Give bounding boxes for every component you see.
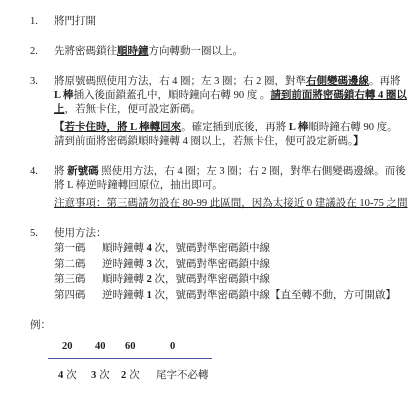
item-2-number: 2. — [30, 45, 54, 59]
emphasized-text-run: 右側變碼邊線 — [306, 76, 369, 87]
usage-label: 第三碼 — [54, 272, 88, 288]
dial-number: 60 — [111, 340, 156, 354]
usage-label: 第一碼 — [54, 241, 88, 257]
item-2-body: 先將密碼鎖往順時鐘方向轉動一圈以上。 — [54, 45, 408, 59]
item-5-number: 5. — [30, 227, 54, 303]
text-run: 。確定插到底後，再將 — [181, 122, 289, 133]
bold-text-run: L 棒 — [289, 122, 309, 133]
text-run: 將原號碼照使用方法，右 4 圈；左 3 圈；右 2 圈，對準 — [54, 76, 306, 87]
item-4-warning-note: 注意事項：第三碼請勿設在 80-99 此區間，因為太接近 0 建議設在 10-7… — [54, 197, 408, 211]
item-1-number: 1. — [30, 15, 54, 29]
instruction-document: 1. 將門打開 2. 先將密碼鎖往順時鐘方向轉動一圈以上。 3. 將原號碼照使用… — [0, 0, 416, 383]
text-run: ，若無卡住，便可設定新碼。 — [65, 104, 202, 115]
item-2-paragraph: 先將密碼鎖往順時鐘方向轉動一圈以上。 — [54, 45, 408, 59]
usage-label: 第二碼 — [54, 257, 88, 273]
usage-row-4: 第四碼 逆時鐘轉 1 次，號碼對準密碼鎖中線【直至轉不動，方可開啟】 — [54, 288, 408, 304]
text-run: 先將密碼鎖往 — [54, 46, 117, 57]
usage-text: 逆時鐘轉 3 次，號碼對準密碼鎖中線 — [102, 257, 270, 273]
text-run: 逆時鐘轉 — [102, 259, 147, 270]
turn-unit: 次 — [66, 370, 77, 381]
turn-unit: 次 — [129, 370, 140, 381]
turn-count-cell: 3次 — [81, 369, 111, 383]
emphasized-text-run: 若卡住時，將 L 棒轉回來 — [65, 122, 182, 133]
dial-numbers-row: 20 40 60 0 — [48, 340, 212, 359]
dial-number: 40 — [81, 340, 111, 354]
dial-number: 0 — [156, 340, 212, 354]
text-run: 將 — [54, 166, 67, 177]
list-item-1: 1. 將門打開 — [30, 15, 408, 29]
item-3-number: 3. — [30, 75, 54, 149]
usage-row-3: 第三碼 順時鐘轉 2 次，號碼對準密碼鎖中線 — [54, 272, 408, 288]
tail-note: 尾字不必轉 — [156, 369, 212, 383]
list-item-3: 3. 將原號碼照使用方法，右 4 圈；左 3 圈；右 2 圈，對準右側變碼邊線。… — [30, 75, 408, 149]
usage-text: 順時鐘轉 4 次，號碼對準密碼鎖中線 — [102, 241, 270, 257]
text-run: 次，號碼對準密碼鎖中線 — [152, 243, 270, 254]
bold-text-run: 】 — [353, 136, 364, 147]
turn-unit: 次 — [99, 370, 110, 381]
example-table: 20 40 60 0 4次 3次 2次 尾字不必轉 — [48, 340, 212, 383]
usage-text: 順時鐘轉 2 次，號碼對準密碼鎖中線 — [102, 272, 270, 288]
usage-label: 第四碼 — [54, 288, 88, 304]
text-run: 次，號碼對準密碼鎖中線 — [152, 259, 270, 270]
list-item-2: 2. 先將密碼鎖往順時鐘方向轉動一圈以上。 — [30, 45, 408, 59]
usage-text: 逆時鐘轉 1 次，號碼對準密碼鎖中線【直至轉不動，方可開啟】 — [102, 288, 396, 304]
item-5-header: 使用方法： — [54, 227, 408, 241]
text-run: 方向轉動一圈以上。 — [149, 46, 244, 57]
text-run: 順時鐘轉 — [102, 274, 147, 285]
text-run: 將門打開 — [54, 16, 96, 27]
item-3-paragraph-1: 將原號碼照使用方法，右 4 圈；左 3 圈；右 2 圈，對準右側變碼邊線。再將 … — [54, 75, 408, 117]
list-item-4: 4. 將 新號碼 照使用方法，右 4 圈；左 3 圈；右 2 圈，對準右側變碼邊… — [30, 165, 408, 211]
text-run: 次，號碼對準密碼鎖中線 — [152, 274, 270, 285]
item-3-body: 將原號碼照使用方法，右 4 圈；左 3 圈；右 2 圈，對準右側變碼邊線。再將 … — [54, 75, 408, 149]
dial-number: 20 — [48, 340, 81, 354]
turn-count-cell: 4次 — [48, 369, 81, 383]
bold-text-run: 新號碼 — [67, 166, 99, 177]
turn-count: 2 — [121, 370, 126, 381]
text-run: 次，號碼對準密碼鎖中線【直至轉不動，方可開啟】 — [152, 290, 396, 301]
item-4-paragraph: 將 新號碼 照使用方法，右 4 圈；左 3 圈；右 2 圈，對準右側變碼邊線。而… — [54, 165, 408, 193]
turn-counts-row: 4次 3次 2次 尾字不必轉 — [48, 369, 212, 383]
list-item-5: 5. 使用方法： 第一碼 順時鐘轉 4 次，號碼對準密碼鎖中線 第二碼 逆時鐘轉… — [30, 227, 408, 303]
text-run: 插入後面鎖蓋孔中，順時鐘向右轉 90 度 。 — [74, 90, 271, 101]
bold-text-run: 【 — [54, 122, 65, 133]
turn-count-cell: 2次 — [111, 369, 156, 383]
turn-count: 4 — [58, 370, 63, 381]
text-run: 照使用方法，右 4 圈；左 3 圈；右 2 圈，對準右側變碼邊線。而後將 L 棒… — [54, 166, 406, 191]
item-3-paragraph-2: 【若卡住時，將 L 棒轉回來。確定插到底後，再將 L 棒順時鐘右轉 90 度。請… — [54, 121, 408, 149]
usage-row-2: 第二碼 逆時鐘轉 3 次，號碼對準密碼鎖中線 — [54, 257, 408, 273]
text-run: 。再將 — [369, 76, 401, 87]
bold-text-run: L 棒 — [54, 90, 74, 101]
example-label: 例： — [30, 319, 408, 333]
example-section: 例： 20 40 60 0 4次 3次 2次 尾字不必轉 — [30, 319, 408, 383]
text-run: 逆時鐘轉 — [102, 290, 147, 301]
item-5-body: 使用方法： 第一碼 順時鐘轉 4 次，號碼對準密碼鎖中線 第二碼 逆時鐘轉 3 … — [54, 227, 408, 303]
usage-row-1: 第一碼 順時鐘轉 4 次，號碼對準密碼鎖中線 — [54, 241, 408, 257]
item-4-body: 將 新號碼 照使用方法，右 4 圈；左 3 圈；右 2 圈，對準右側變碼邊線。而… — [54, 165, 408, 211]
item-1-paragraph: 將門打開 — [54, 15, 408, 29]
item-4-number: 4. — [30, 165, 54, 211]
emphasized-text-run: 順時鐘 — [117, 46, 149, 57]
text-run: 順時鐘轉 — [102, 243, 147, 254]
item-1-body: 將門打開 — [54, 15, 408, 29]
turn-count: 3 — [91, 370, 96, 381]
